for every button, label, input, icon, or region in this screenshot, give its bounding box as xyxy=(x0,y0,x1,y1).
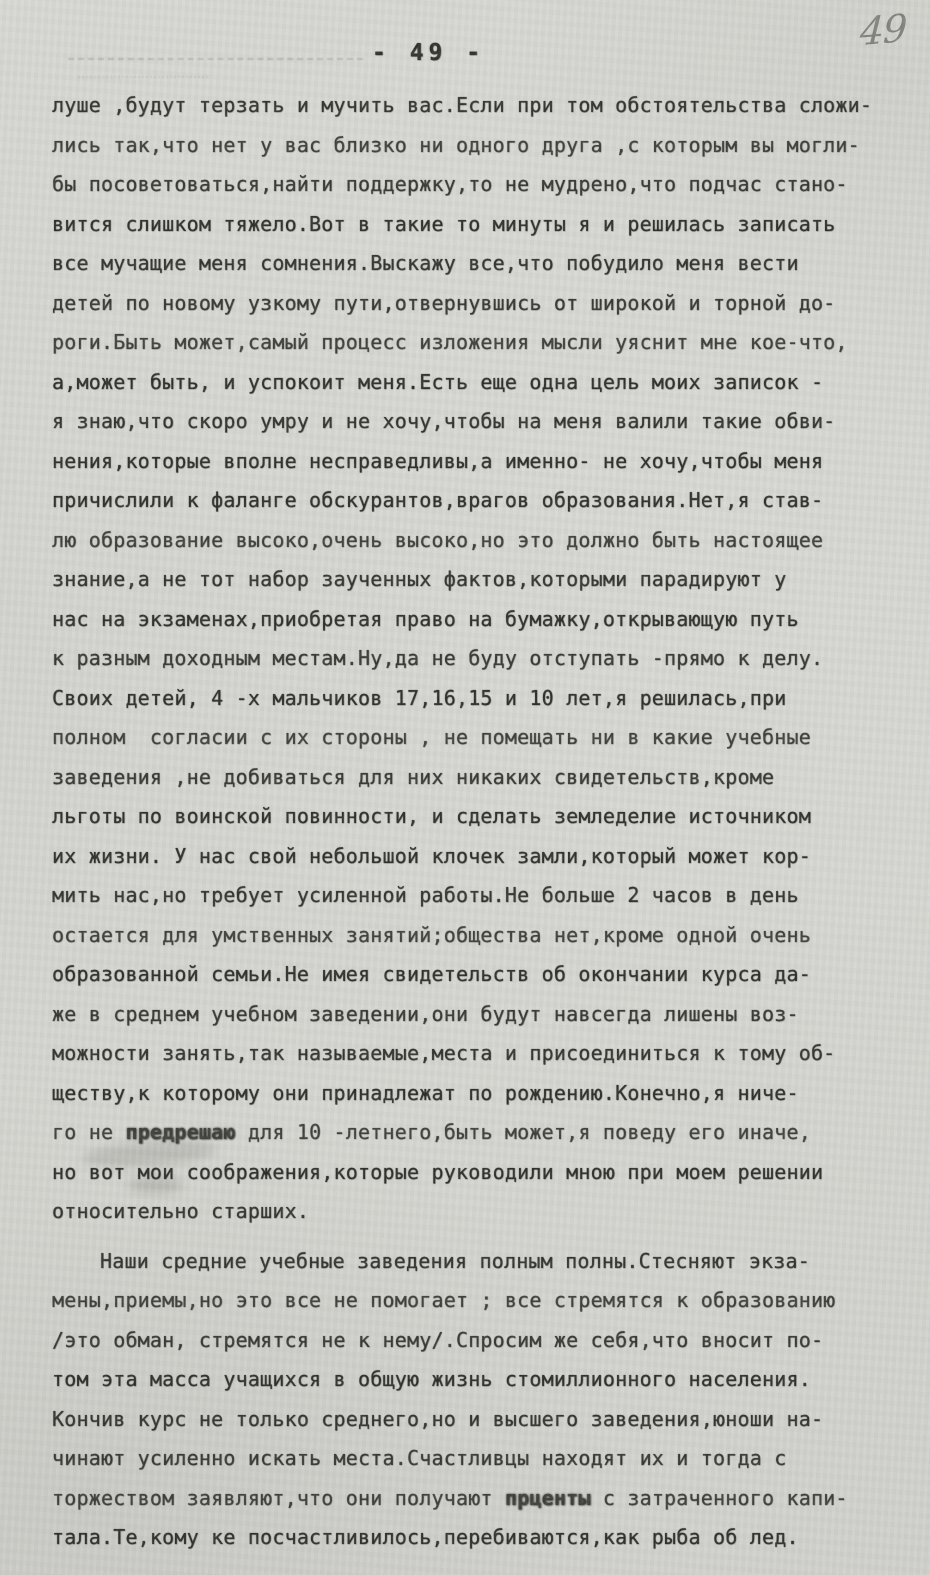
text-line: все мучащие меня сомнения.Выскажу все,чт… xyxy=(52,244,914,284)
text-line: же в среднем учебном заведении,они будут… xyxy=(52,995,914,1035)
typed-page-number: - 49 - xyxy=(372,40,485,66)
text-line: остается для умственных занятий;общества… xyxy=(52,916,914,956)
text-line: причислили к фаланге обскурантов,врагов … xyxy=(52,481,914,521)
text-line: нения,которые вполне несправедливы,а име… xyxy=(52,442,914,482)
smudged-word: прценты xyxy=(505,1486,591,1510)
text-line: лю образование высоко,очень высоко,но эт… xyxy=(52,521,914,561)
text-line: том эта масса учащихся в общую жизнь сто… xyxy=(52,1360,914,1400)
paragraph: Наши средние учебные заведения полным по… xyxy=(52,1242,914,1558)
text-line: луше ,будут терзать и мучить вас.Если пр… xyxy=(52,86,914,126)
text-line: относительно старших. xyxy=(52,1192,914,1232)
text-line: можности занять,так называемые,места и п… xyxy=(52,1034,914,1074)
text-line: заведения ,не добиваться для них никаких… xyxy=(52,758,914,798)
text-line: торжеством заявляют,что они получают прц… xyxy=(52,1479,914,1519)
text-line: ществу,к которому они принадлежат по рож… xyxy=(52,1074,914,1114)
text-line: лись так,что нет у вас близко ни одного … xyxy=(52,126,914,166)
text-line: к разным доходным местам.Ну,да не буду о… xyxy=(52,639,914,679)
text-line: мены,приемы,но это все не помогает ; все… xyxy=(52,1281,914,1321)
text-line: полном согласии с их стороны , не помеща… xyxy=(52,718,914,758)
text-line: тала.Те,кому ке посчастливилось,перебива… xyxy=(52,1518,914,1558)
text-block: луше ,будут терзать и мучить вас.Если пр… xyxy=(52,86,914,1558)
text-line: детей по новому узкому пути,отвернувшись… xyxy=(52,284,914,324)
faint-smudge-line xyxy=(78,76,208,78)
ink-blotch xyxy=(128,1177,183,1193)
text-line: знание,а не тот набор заученных фактов,к… xyxy=(52,560,914,600)
text-line: роги.Быть может,самый процесс изложения … xyxy=(52,323,914,363)
handwritten-page-number: 49 xyxy=(859,6,908,54)
text-line: Своих детей, 4 -х мальчиков 17,16,15 и 1… xyxy=(52,679,914,719)
text-line: мить нас,но требует усиленной работы.Не … xyxy=(52,876,914,916)
text-line: нас на экзаменах,приобретая право на бум… xyxy=(52,600,914,640)
text-line: чинают усиленно искать места.Счастливцы … xyxy=(52,1439,914,1479)
paragraph: луше ,будут терзать и мучить вас.Если пр… xyxy=(52,86,914,1232)
faint-smudge-line xyxy=(68,58,363,60)
text-line: я знаю,что скоро умру и не хочу,чтобы на… xyxy=(52,402,914,442)
text-line: вится слишком тяжело.Вот в такие то мину… xyxy=(52,205,914,245)
text-line: /это обман, стремятся не к нему/.Спросим… xyxy=(52,1321,914,1361)
text-line: образованной семьи.Не имея свидетельств … xyxy=(52,955,914,995)
text-line: их жизни. У нас свой небольшой клочек за… xyxy=(52,837,914,877)
text-line: бы посоветоваться,найти поддержку,то не … xyxy=(52,165,914,205)
text-line: Кончив курс не только среднего,но и высш… xyxy=(52,1400,914,1440)
text-line: а,может быть, и успокоит меня.Есть еще о… xyxy=(52,363,914,403)
text-line: Наши средние учебные заведения полным по… xyxy=(52,1242,914,1282)
text-line: льготы по воинской повинности, и сделать… xyxy=(52,797,914,837)
scanned-page: - 49 - 49 луше ,будут терзать и мучить в… xyxy=(0,0,930,1575)
